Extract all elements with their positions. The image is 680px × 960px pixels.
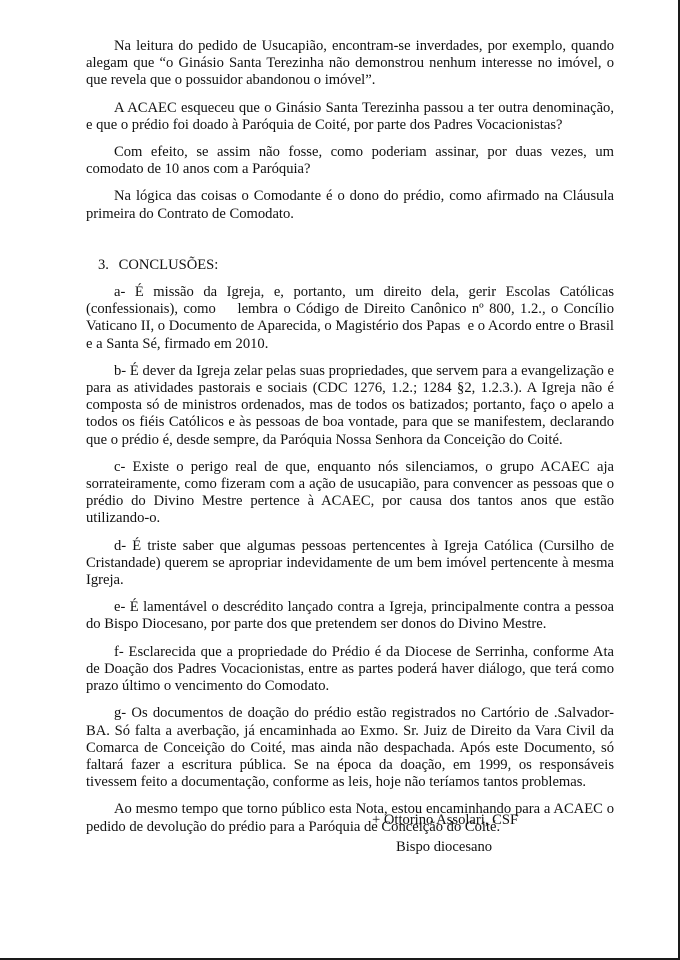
conclusion-item-e: e- É lamentável o descrédito lançado con… <box>86 599 614 633</box>
signatory-name: + Ottorino Assolari, CSF <box>372 812 518 829</box>
conclusion-item-g: g- Os documentos de doação do prédio est… <box>86 705 614 791</box>
signature-block: + Ottorino Assolari, CSF Bispo diocesano <box>372 812 518 856</box>
conclusion-item-d: d- É triste saber que algumas pessoas pe… <box>86 538 614 590</box>
section-title: CONCLUSÕES: <box>119 257 219 273</box>
conclusion-item-b: b- É dever da Igreja zelar pelas suas pr… <box>86 363 614 449</box>
closing-paragraph: Ao mesmo tempo que torno público esta No… <box>86 801 614 835</box>
conclusion-item-c: c- Existe o perigo real de que, enquanto… <box>86 459 614 528</box>
conclusion-item-a: a- É missão da Igreja, e, portanto, um d… <box>86 284 614 353</box>
paragraph-acaec-denominacao: A ACAEC esqueceu que o Ginásio Santa Ter… <box>86 100 614 134</box>
conclusion-item-f: f- Esclarecida que a propriedade do Préd… <box>86 644 614 696</box>
paragraph-comodante: Na lógica das coisas o Comodante é o don… <box>86 188 614 222</box>
spacer <box>86 233 614 257</box>
paragraph-usucapiao: Na leitura do pedido de Usucapião, encon… <box>86 38 614 90</box>
document-body: Na leitura do pedido de Usucapião, encon… <box>86 38 614 846</box>
document-page: Na leitura do pedido de Usucapião, encon… <box>0 0 680 960</box>
section-heading-conclusoes: 3. CONCLUSÕES: <box>98 257 614 274</box>
signatory-title: Bispo diocesano <box>372 839 518 856</box>
section-number: 3. <box>98 257 109 273</box>
paragraph-comodato: Com efeito, se assim não fosse, como pod… <box>86 144 614 178</box>
